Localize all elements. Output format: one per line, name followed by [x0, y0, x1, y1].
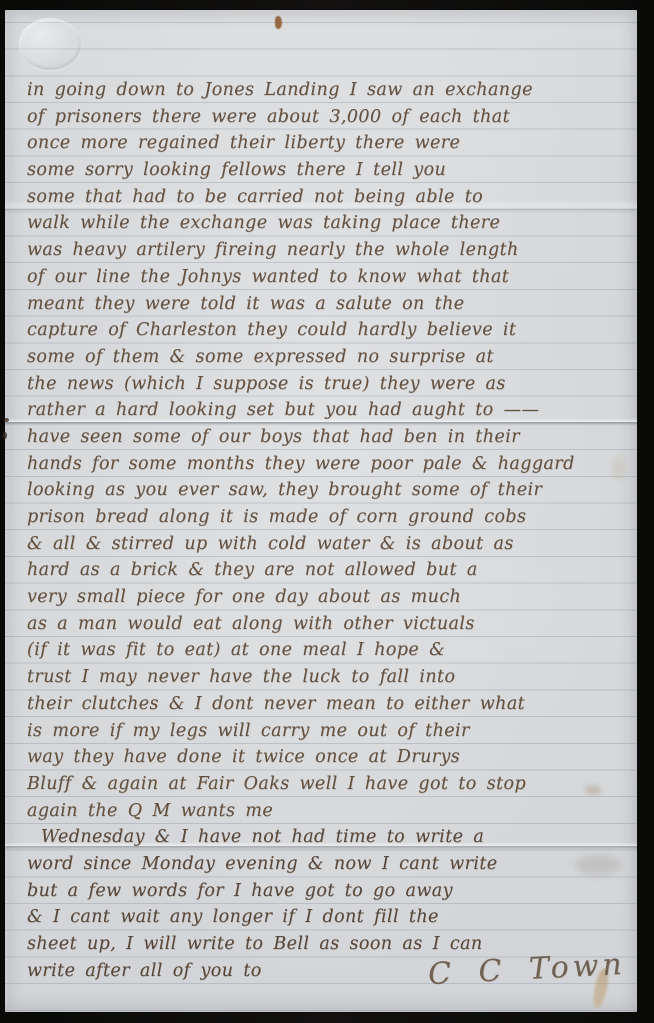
letter-line: of our line the Johnys wanted to know wh…	[27, 264, 632, 291]
letter-line: hard as a brick & they are not allowed b…	[27, 557, 632, 584]
letter-line: of prisoners there were about 3,000 of e…	[27, 104, 632, 131]
letter-line: walk while the exchange was taking place…	[27, 210, 632, 237]
letter-line: & all & stirred up with cold water & is …	[27, 531, 632, 558]
letter-line: Wednesday & I have not had time to write…	[27, 824, 632, 851]
embossed-stationery-seal	[19, 18, 81, 70]
letter-line: capture of Charleston they could hardly …	[27, 317, 632, 344]
letter-line: is more if my legs will carry me out of …	[27, 718, 632, 745]
letter-line: in going down to Jones Landing I saw an …	[27, 77, 632, 104]
letter-line: way they have done it twice once at Drur…	[27, 744, 632, 771]
letter-line: looking as you ever saw, they brought so…	[27, 477, 632, 504]
letter-line: rather a hard looking set but you had au…	[27, 397, 632, 424]
letter-line: some of them & some expressed no surpris…	[27, 344, 632, 371]
letter-body: in going down to Jones Landing I saw an …	[27, 77, 632, 983]
letter-line: hands for some months they were poor pal…	[27, 451, 632, 478]
letter-line: trust I may never have the luck to fall …	[27, 664, 632, 691]
letter-line: again the Q M wants me	[27, 798, 632, 825]
letter-line: word since Monday evening & now I cant w…	[27, 851, 632, 878]
letter-line: Bluff & again at Fair Oaks well I have g…	[27, 771, 632, 798]
scanned-letter-page: in going down to Jones Landing I saw an …	[0, 0, 654, 1023]
letter-line: some that had to be carried not being ab…	[27, 184, 632, 211]
letter-line: meant they were told it was a salute on …	[27, 291, 632, 318]
letter-line: have seen some of our boys that had ben …	[27, 424, 632, 451]
letter-line: but a few words for I have got to go awa…	[27, 878, 632, 905]
letter-line: some sorry looking fellows there I tell …	[27, 157, 632, 184]
letter-line: their clutches & I dont never mean to ei…	[27, 691, 632, 718]
letter-line: as a man would eat along with other vict…	[27, 611, 632, 638]
letter-line: prison bread along it is made of corn gr…	[27, 504, 632, 531]
letter-line: once more regained their liberty there w…	[27, 130, 632, 157]
letter-line: was heavy artilery fireing nearly the wh…	[27, 237, 632, 264]
letter-line: & I cant wait any longer if I dont fill …	[27, 904, 632, 931]
margin-ink-mark	[4, 418, 9, 422]
margin-ink-mark	[3, 432, 7, 439]
letter-line: (if it was fit to eat) at one meal I hop…	[27, 637, 632, 664]
letter-line: the news (which I suppose is true) they …	[27, 371, 632, 398]
letter-line: very small piece for one day about as mu…	[27, 584, 632, 611]
